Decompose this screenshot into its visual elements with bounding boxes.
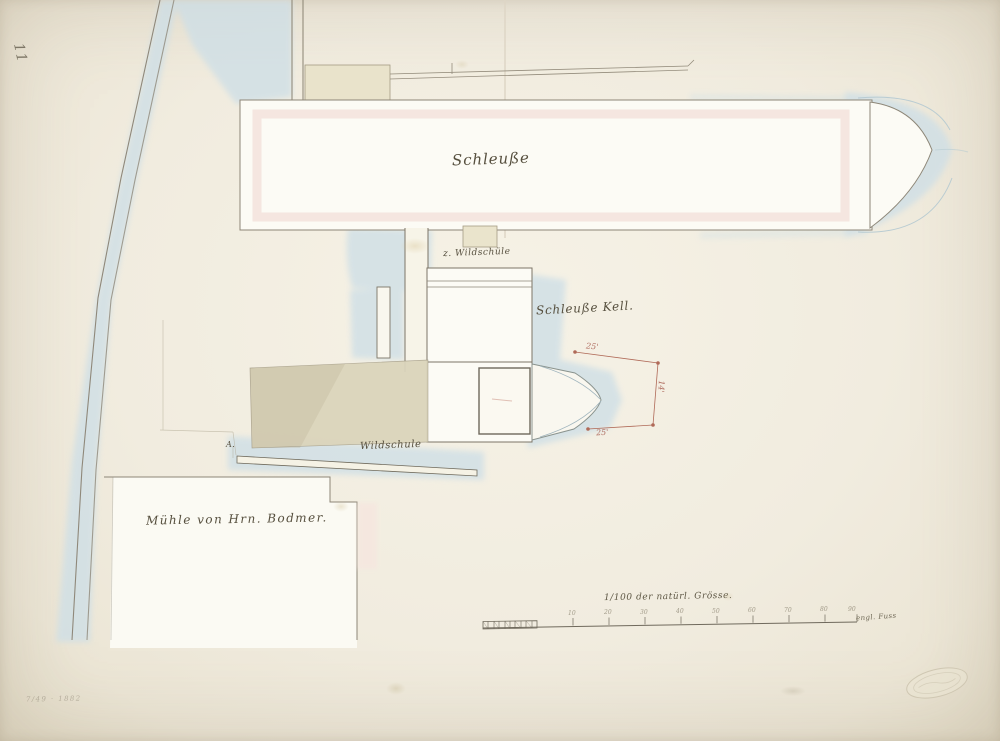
inner-square [479,368,530,434]
sluice-outline [240,100,872,230]
keller-building [427,268,532,362]
scale-tick: 60 [748,607,756,614]
pencil-signature-note: 7/49 · 1882 [26,696,82,704]
scale-tick: 10 [568,610,576,617]
scale-tick: 70 [784,607,792,614]
tan-forebay [250,360,428,448]
archive-corner-mark: 11 [11,42,29,64]
scale-tick: 40 [676,608,684,615]
water-top-wedge [173,0,292,104]
mill-pink-band [358,503,377,569]
scale-tick: 30 [640,609,648,616]
pencil-construction-lines [160,320,236,458]
sluice-building [240,100,932,230]
dimension-bottom: 25' [596,428,609,438]
label-schleusse: Schleuße [452,151,530,169]
label-point-a: A. [226,441,235,449]
scale-bar [483,614,857,629]
footbridge-lines [390,60,694,79]
scale-tick: 50 [712,608,720,615]
embossed-stamp [904,662,971,703]
water-right-of-keller [528,274,566,362]
top-channel-lines [292,0,303,100]
plan-sheet: Schleuße z. Wildschüle Schleuße Kell. Wi… [0,0,1000,741]
label-muehle: Mühle von Hrn. Bodmer. [146,511,328,526]
mill-building [104,477,377,648]
lower-room [427,362,532,442]
plan-drawing [0,0,1000,741]
scale-tick: 80 [820,606,828,613]
beige-block-top [305,65,390,100]
scale-tick: 90 [848,606,856,613]
scale-tick: 20 [604,609,612,616]
dimension-right: 14' [656,380,665,393]
gate-slot [377,287,390,358]
dimension-top: 25' [586,341,599,351]
beige-pier [463,226,497,247]
channel-strip [405,228,428,372]
